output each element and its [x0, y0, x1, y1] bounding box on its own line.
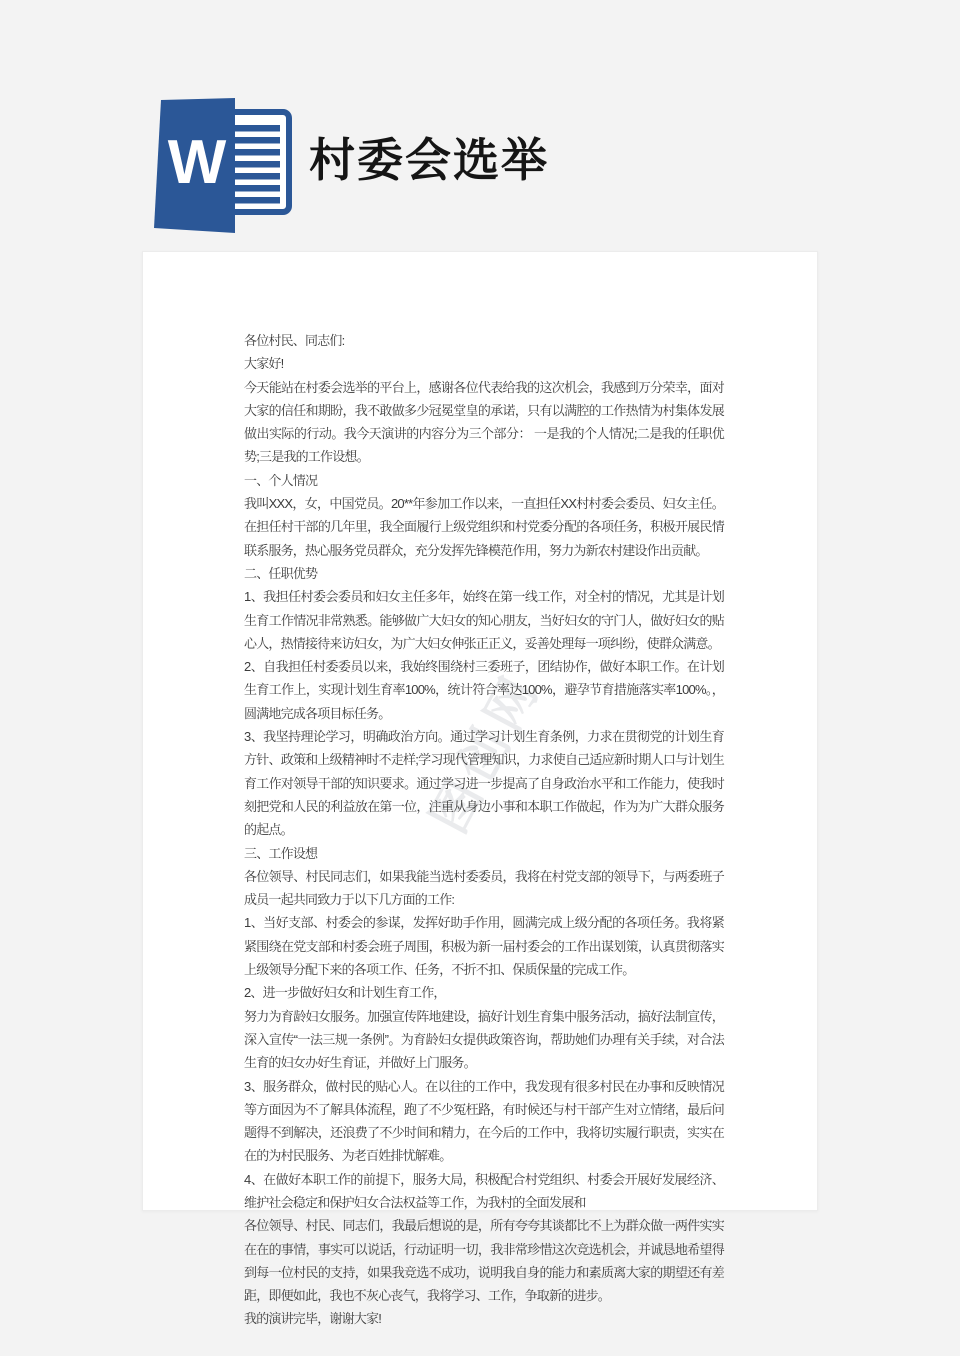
heading-plans: 三、工作设想	[244, 842, 724, 865]
word-icon: W	[153, 95, 293, 235]
heading-personal: 一、个人情况	[244, 469, 724, 492]
paragraph-plan-3: 3、服务群众，做村民的贴心人。在以往的工作中，我发现有很多村民在办事和反映情况等…	[244, 1075, 724, 1168]
paragraph-intro: 今天能站在村委会选举的平台上，感谢各位代表给我的这次机会，我感到万分荣幸，面对大…	[244, 376, 724, 469]
paragraph-closing: 各位领导、村民、同志们，我最后想说的是，所有夸夸其谈都比不上为群众做一两件实实在…	[244, 1214, 724, 1307]
page-title: 村委会选举	[309, 131, 549, 189]
paragraph-plan-2a: 2、进一步做好妇女和计划生育工作，	[244, 981, 724, 1004]
word-icon-letter: W	[168, 128, 227, 197]
heading-strengths: 二、任职优势	[244, 562, 724, 585]
paragraph-strength-2: 2、自我担任村委委员以来，我始终围绕村三委班子，团结协作，做好本职工作。在计划生…	[244, 655, 724, 725]
paragraph-thanks: 我的演讲完毕，谢谢大家!	[244, 1307, 724, 1330]
document-body: 各位村民、同志们: 大家好! 今天能站在村委会选举的平台上，感谢各位代表给我的这…	[244, 329, 724, 1331]
paragraph-plan-4: 4、在做好本职工作的前提下，服务大局，积极配合村党组织、村委会开展好发展经济、维…	[244, 1168, 724, 1215]
paragraph-plans-intro: 各位领导、村民同志们，如果我能当选村委委员，我将在村党支部的领导下，与两委班子成…	[244, 865, 724, 912]
paragraph-strength-3: 3、我坚持理论学习，明确政治方向。通过学习计划生育条例，力求在贯彻党的计划生育方…	[244, 725, 724, 841]
paragraph-personal: 我叫XXX，女，中国党员。20**年参加工作以来，一直担任XX村村委会委员、妇女…	[244, 492, 724, 562]
paragraph-greeting: 大家好!	[244, 352, 724, 375]
header: W 村委会选举	[0, 0, 960, 251]
paragraph-strength-1: 1、我担任村委会委员和妇女主任多年，始终在第一线工作，对全村的情况，尤其是计划生…	[244, 585, 724, 655]
paragraph-plan-1: 1、当好支部、村委会的参谋，发挥好助手作用，圆满完成上级分配的各项任务。我将紧紧…	[244, 911, 724, 981]
paragraph-plan-2b: 努力为育龄妇女服务。加强宣传阵地建设，搞好计划生育集中服务活动，搞好法制宣传，深…	[244, 1005, 724, 1075]
document-page: 图创网 各位村民、同志们: 大家好! 今天能站在村委会选举的平台上，感谢各位代表…	[142, 251, 818, 1211]
paragraph-salutation: 各位村民、同志们:	[244, 329, 724, 352]
